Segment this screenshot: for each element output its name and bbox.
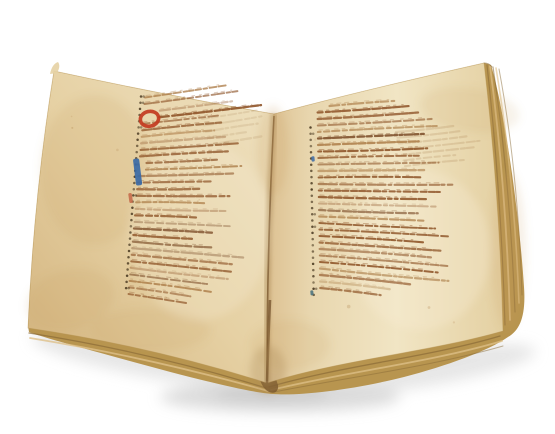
freckle bbox=[347, 305, 351, 309]
script-line bbox=[138, 181, 211, 182]
pricking-dot bbox=[312, 287, 315, 290]
pricking-dot bbox=[127, 262, 130, 265]
freckle bbox=[314, 139, 316, 141]
pricking-dot bbox=[310, 182, 313, 185]
freckle bbox=[166, 190, 168, 192]
freckle bbox=[330, 273, 332, 275]
script-line bbox=[319, 177, 421, 178]
pricking-dot bbox=[310, 170, 313, 173]
pricking-dot bbox=[312, 275, 315, 278]
pricking-dot bbox=[136, 139, 139, 142]
pricking-dot bbox=[312, 256, 315, 259]
pricking-dot bbox=[310, 145, 313, 148]
pricking-dot bbox=[309, 132, 312, 135]
pricking-dot bbox=[311, 225, 314, 228]
pricking-dot bbox=[137, 132, 140, 135]
pricking-dot bbox=[311, 219, 314, 222]
pricking-dot bbox=[311, 213, 314, 216]
script-line bbox=[137, 189, 199, 190]
pricking-dot bbox=[309, 139, 312, 142]
pricking-dot bbox=[311, 238, 314, 241]
pricking-dot bbox=[314, 225, 317, 228]
pricking-dot bbox=[135, 151, 138, 154]
pricking-dot bbox=[125, 287, 128, 290]
pricking-dot bbox=[315, 287, 318, 290]
paraph-mark bbox=[310, 290, 313, 295]
pricking-dot bbox=[142, 95, 145, 98]
pricking-dot bbox=[312, 263, 315, 266]
pricking-dot bbox=[140, 126, 143, 128]
freckle bbox=[168, 243, 170, 245]
pricking-dot bbox=[128, 244, 131, 247]
pricking-dot bbox=[131, 206, 134, 209]
pricking-dot bbox=[142, 101, 145, 104]
pricking-dot bbox=[126, 268, 129, 271]
freckle bbox=[354, 259, 355, 260]
pricking-dot bbox=[129, 237, 132, 240]
script-line bbox=[319, 170, 425, 171]
pricking-dot bbox=[311, 207, 314, 210]
stain-gutter-bottom bbox=[250, 346, 286, 394]
stain-fore-edge-inner bbox=[490, 170, 526, 330]
pricking-dot bbox=[312, 250, 315, 253]
freckle bbox=[199, 199, 201, 201]
pricking-dot bbox=[312, 281, 315, 284]
pricking-dot bbox=[312, 244, 315, 247]
stain-gutter-top bbox=[257, 105, 289, 195]
pricking-dot bbox=[133, 188, 136, 191]
freckle bbox=[330, 155, 333, 158]
freckle bbox=[164, 296, 167, 299]
pricking-dot bbox=[133, 182, 136, 185]
freckle bbox=[453, 321, 455, 323]
freckle bbox=[71, 116, 73, 118]
freckle bbox=[130, 266, 132, 268]
pricking-dot bbox=[310, 151, 313, 154]
pricking-dot bbox=[140, 95, 143, 98]
manuscript-photograph bbox=[0, 0, 555, 434]
pricking-dot bbox=[125, 281, 128, 284]
pricking-dot bbox=[135, 194, 138, 197]
pricking-dot bbox=[310, 163, 313, 166]
pricking-dot bbox=[314, 213, 317, 216]
pricking-dot bbox=[311, 201, 314, 204]
pricking-dot bbox=[130, 225, 133, 228]
freckle bbox=[327, 151, 329, 153]
pricking-dot bbox=[127, 287, 130, 290]
pricking-dot bbox=[130, 219, 133, 222]
pricking-dot bbox=[132, 194, 135, 197]
freckle bbox=[428, 306, 431, 309]
pricking-dot bbox=[127, 256, 130, 259]
freckle bbox=[323, 183, 325, 185]
pricking-dot bbox=[310, 176, 313, 179]
freckle bbox=[116, 149, 119, 152]
pricking-dot bbox=[310, 188, 313, 191]
pricking-dot bbox=[309, 126, 312, 129]
freckle bbox=[142, 252, 144, 254]
pricking-dot bbox=[136, 145, 139, 148]
pricking-dot bbox=[131, 213, 134, 216]
photo-stage bbox=[0, 0, 555, 434]
script-line bbox=[145, 85, 226, 97]
pricking-dot bbox=[139, 108, 142, 111]
pricking-dot bbox=[128, 250, 131, 253]
pricking-dot bbox=[129, 231, 132, 234]
pricking-dot bbox=[126, 274, 129, 277]
paraph-mark bbox=[311, 156, 315, 161]
freckle bbox=[71, 127, 73, 129]
pricking-dot bbox=[312, 132, 315, 135]
pricking-dot bbox=[139, 101, 142, 104]
pricking-dot bbox=[312, 269, 315, 272]
pricking-dot bbox=[137, 126, 140, 128]
pricking-dot bbox=[311, 194, 314, 197]
pricking-dot bbox=[311, 232, 314, 235]
